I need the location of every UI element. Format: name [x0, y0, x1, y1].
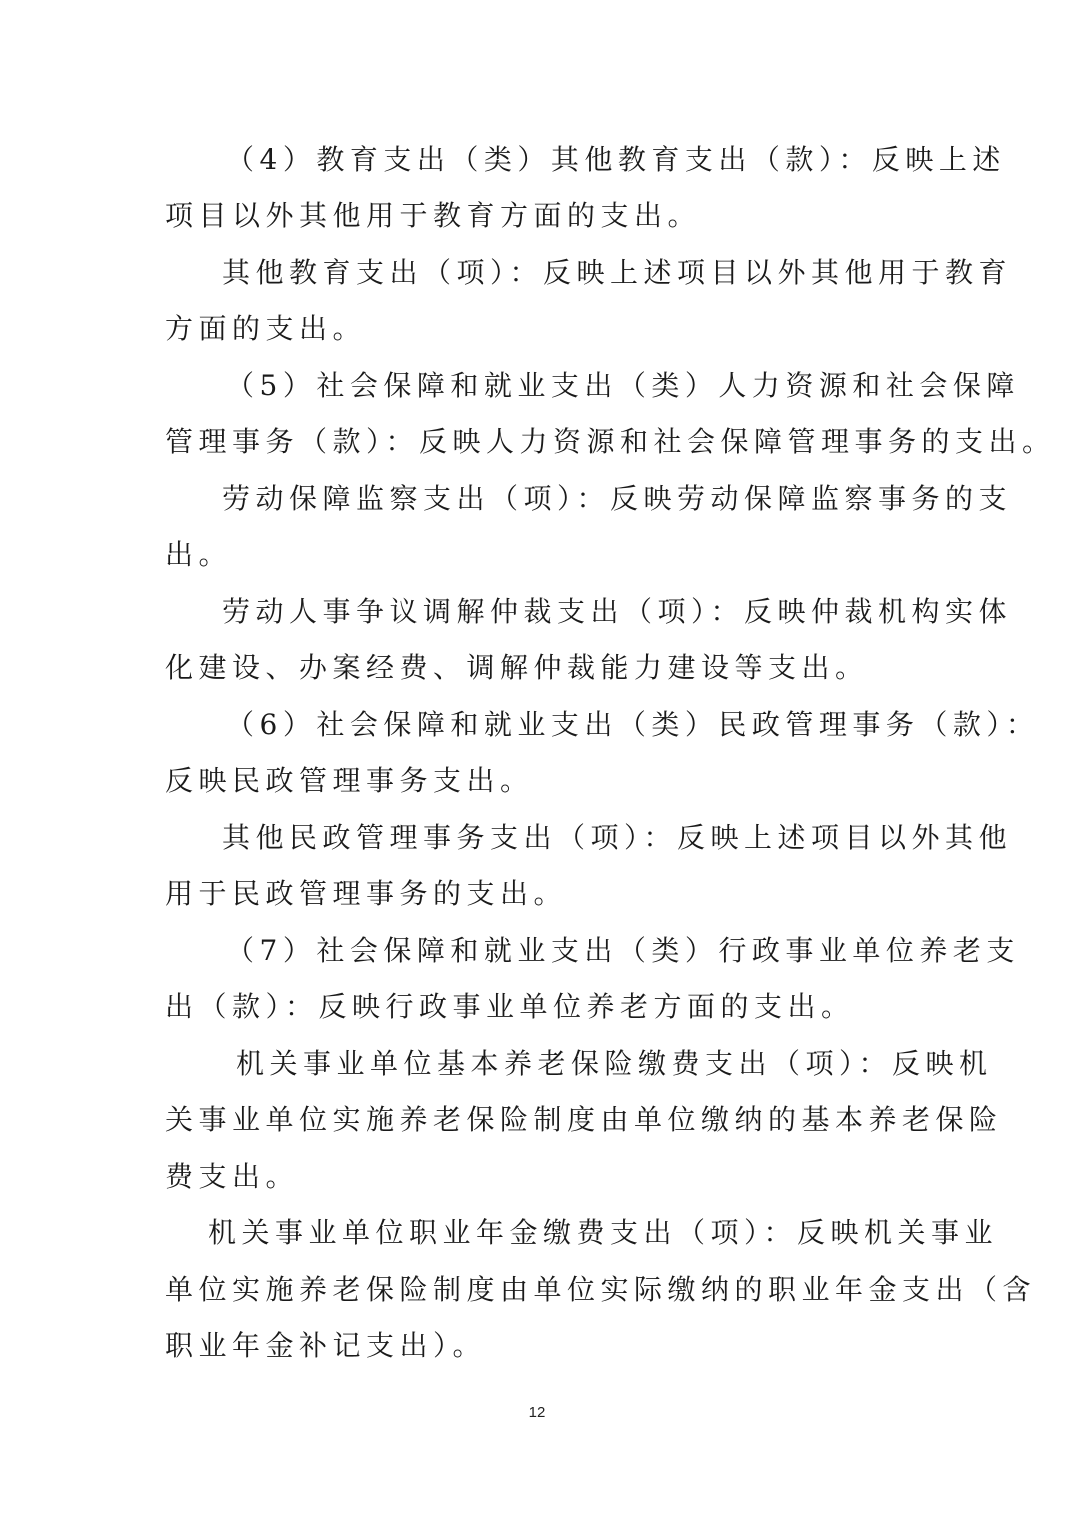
text-line: （4）教育支出（类）其他教育支出（款）：反映上述	[226, 140, 1006, 180]
text-line: 劳动人事争议调解仲裁支出（项）：反映仲裁机构实体	[222, 592, 1012, 632]
text-line: 出。	[165, 535, 232, 575]
text-line: （7）社会保障和就业支出（类）行政事业单位养老支	[226, 931, 1020, 971]
text-line: 关事业单位实施养老保险制度由单位缴纳的基本养老保险	[165, 1100, 1003, 1140]
text-line: 职业年金补记支出）。	[165, 1326, 486, 1366]
text-line: 化建设、办案经费、调解仲裁能力建设等支出。	[165, 648, 869, 688]
text-line: 其他教育支出（项）：反映上述项目以外其他用于教育	[222, 253, 1012, 293]
text-line: 劳动保障监察支出（项）：反映劳动保障监察事务的支	[222, 479, 1012, 519]
text-line: 反映民政管理事务支出。	[165, 761, 534, 801]
text-line: 出（款）：反映行政事业单位养老方面的支出。	[165, 987, 855, 1027]
document-page: （4）教育支出（类）其他教育支出（款）：反映上述项目以外其他用于教育方面的支出。…	[0, 0, 1074, 1520]
text-line: 用于民政管理事务的支出。	[165, 874, 567, 914]
page-number: 12	[0, 1404, 1074, 1421]
text-line: （6）社会保障和就业支出（类）民政管理事务（款）：	[226, 705, 1039, 745]
text-line: 其他民政管理事务支出（项）：反映上述项目以外其他	[222, 818, 1012, 858]
text-line: 机关事业单位基本养老保险缴费支出（项）：反映机	[236, 1044, 993, 1084]
text-line: （5）社会保障和就业支出（类）人力资源和社会保障	[226, 366, 1020, 406]
text-line: 管理事务（款）：反映人力资源和社会保障管理事务的支出。	[165, 422, 1056, 462]
text-line: 单位实施养老保险制度由单位实际缴纳的职业年金支出（含	[165, 1270, 1036, 1310]
text-line: 项目以外其他用于教育方面的支出。	[165, 196, 701, 236]
text-line: 费支出。	[165, 1157, 299, 1197]
text-line: 方面的支出。	[165, 309, 366, 349]
text-line: 机关事业单位职业年金缴费支出（项）：反映机关事业	[208, 1213, 998, 1253]
